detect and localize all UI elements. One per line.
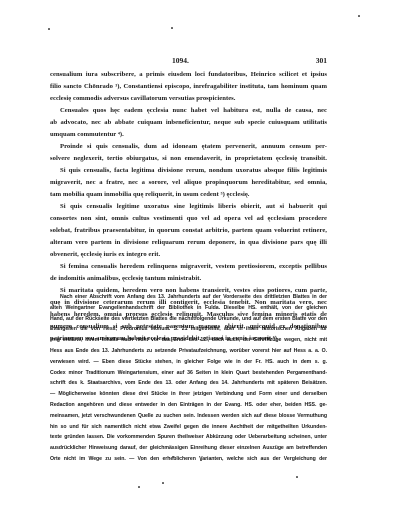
- text-line: migraverit, nec a fratre, nec a sorore, …: [50, 177, 327, 189]
- text-line: solebat, fratribus praesentabitur, in qu…: [50, 225, 327, 237]
- text-line: umquam commutentur ⁴).: [50, 129, 327, 141]
- scan-speck: [296, 476, 298, 478]
- text-line: Si quis censualis legitime uxoratus sine…: [50, 201, 327, 213]
- footnote-line: verwiesen wird. — Eben diese Stücke steh…: [50, 357, 327, 368]
- text-line: Censuales quos hęc eadem ęcclesia nunc h…: [50, 105, 327, 117]
- footnote-line: irrig erklärte, ihrem Inhalte nach nicht…: [50, 335, 327, 346]
- footnote-line: ausdrücklicher Hinweisung darauf, der gl…: [50, 443, 327, 454]
- scan-speck: [172, 456, 174, 458]
- text-line: Si quis censualis, facta legitima divisi…: [50, 165, 327, 177]
- scan-speck: [138, 486, 140, 488]
- text-line: tam mobilia quam inmobilia quę reliqueri…: [50, 189, 327, 201]
- text-line: filio sancto Chōnrado ³), Constantiensi …: [50, 81, 327, 93]
- footnote-line: Redaction angehören und diese entweder i…: [50, 400, 327, 411]
- running-header: 1094. 301: [50, 56, 327, 66]
- scan-speck: [200, 459, 202, 461]
- text-line: obvenerit, ęcclesię iuris ex integro eri…: [50, 249, 327, 261]
- footnote-line: — Möglicherweise könnten diese drei Stüc…: [50, 389, 327, 400]
- text-line: solvere neglexerit, tertio obiurgatus, s…: [50, 153, 327, 165]
- footnote-line: Hess aus Ende des 13. Jahrhunderts zu se…: [50, 346, 327, 357]
- footnote-line: Evangelien die von Hess, Prodromus Monum…: [50, 324, 327, 335]
- footnote-line: texte gründen lassen. Die vorkommenden S…: [50, 432, 327, 443]
- text-line: ecclesię commodis adversus cavillatorum …: [50, 93, 327, 105]
- text-line: consortes non sint, omnis cultus vestime…: [50, 213, 327, 225]
- footnote-line: Hand, auf der Rückseite des viertletzten…: [50, 314, 327, 325]
- footnote-line: schrift des k. Staatsarchivs, vom Ende d…: [50, 378, 327, 389]
- scan-speck: [162, 482, 164, 484]
- footnote-line: Codex minor Traditionum Weingartensium, …: [50, 368, 327, 379]
- page-number: 301: [316, 56, 327, 65]
- text-line: Si femina censualis heredem relinquens m…: [50, 261, 327, 273]
- text-line: alteram vero partem in divisione reliqua…: [50, 237, 327, 249]
- text-line: ab advocato, nec ab abbate cuiquam inben…: [50, 117, 327, 129]
- text-line: Proinde si quis censualis, dum ad idonea…: [50, 141, 327, 153]
- footnote-line: Orte nicht im Wege zu sein. — Von den er…: [50, 454, 327, 465]
- footnotes: Nach einer Abschrift vom Anfang des 13. …: [50, 292, 327, 465]
- header-year: 1094.: [172, 56, 189, 65]
- footnote-line: meinsamen, jetzt verschwundenen Quelle z…: [50, 411, 327, 422]
- scan-speck: [171, 27, 173, 29]
- text-line: de indomitis animalibus, ęcclesię tantum…: [50, 273, 327, 285]
- footnote-line: Nach einer Abschrift vom Anfang des 13. …: [50, 292, 327, 303]
- footnote-line: hin so und für sich namentlich nicht etw…: [50, 422, 327, 433]
- scan-speck: [48, 28, 50, 30]
- footnote-line: alten Weingartner Evangelienhandschrift …: [50, 303, 327, 314]
- scan-speck: [358, 15, 360, 17]
- text-line: censualium iura subscribere, a primis ei…: [50, 69, 327, 81]
